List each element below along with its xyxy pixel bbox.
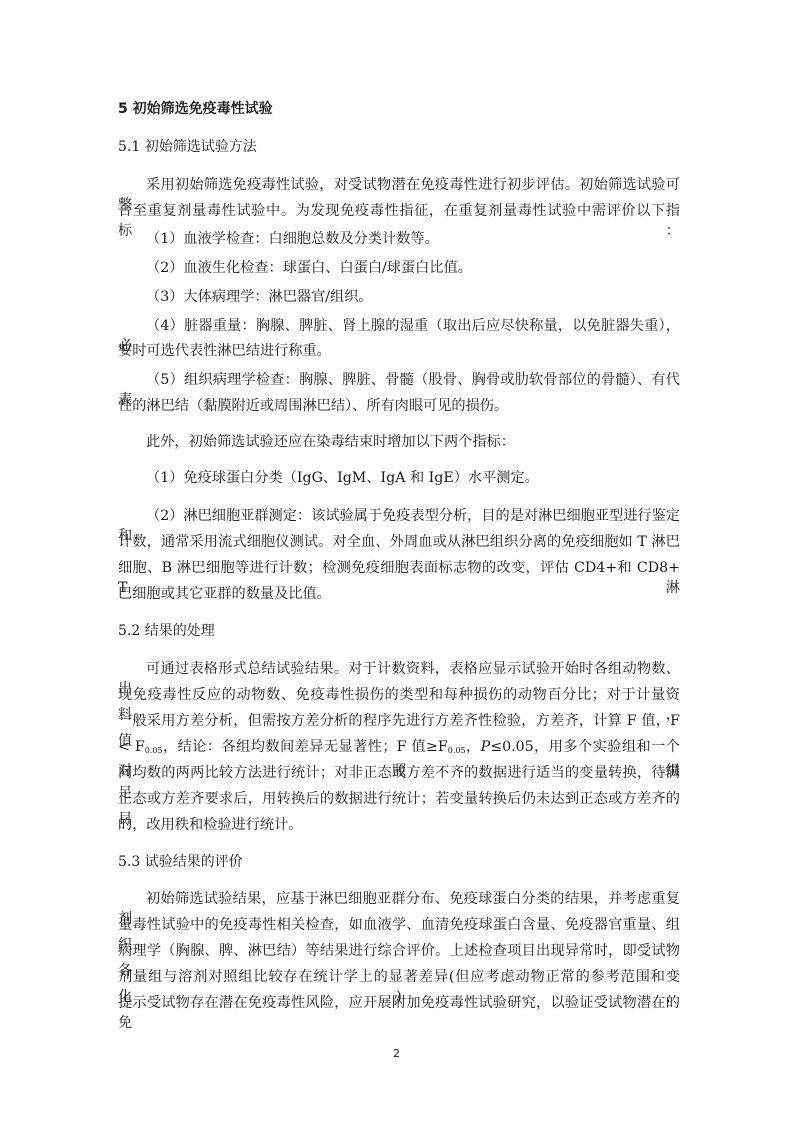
section-heading-5-2: 5.2 结果的处理 [118, 621, 215, 641]
section-heading-5-3: 5.3 试验结果的评价 [118, 852, 243, 872]
page-number: 2 [0, 1047, 793, 1060]
list-item-continued: 巴细胞或其它亚群的数量及比值。 [118, 584, 331, 604]
list-item: （2）血液生化检查：球蛋白、白蛋白/球蛋白比值。 [118, 258, 472, 278]
list-item: （3）大体病理学：淋巴器官/组织。 [118, 287, 373, 307]
list-item: （1）血液学检查：白细胞总数及分类计数等。 [118, 229, 439, 249]
paragraph-line: 提示受试物存在潜在免疫毒性风险，应开展附加免疫毒性试验研究，以验证受试物潜在的免 [118, 993, 680, 1033]
list-item-continued: 性的淋巴结（黏膜附近或周围淋巴结）、所有肉眼可见的损伤。 [118, 396, 508, 416]
section-heading-5: 5 初始筛选免疫毒性试验 [118, 99, 273, 119]
list-item-continued: 计数，通常采用流式细胞仪测试。对全血、外周血或从淋巴组织分离的免疫细胞如 T 淋… [118, 532, 680, 552]
paragraph-line: 的，改用秩和检验进行统计。 [118, 815, 302, 835]
section-heading-5-1: 5.1 初始筛选试验方法 [118, 137, 257, 157]
list-item: （1）免疫球蛋白分类（IgG、IgM、IgA 和 IgE）水平测定。 [118, 468, 539, 488]
list-item-continued: 要时可选代表性淋巴结进行称重。 [118, 341, 331, 361]
paragraph-line: 此外，初始筛选试验还应在染毒结束时增加以下两个指标： [118, 432, 515, 452]
